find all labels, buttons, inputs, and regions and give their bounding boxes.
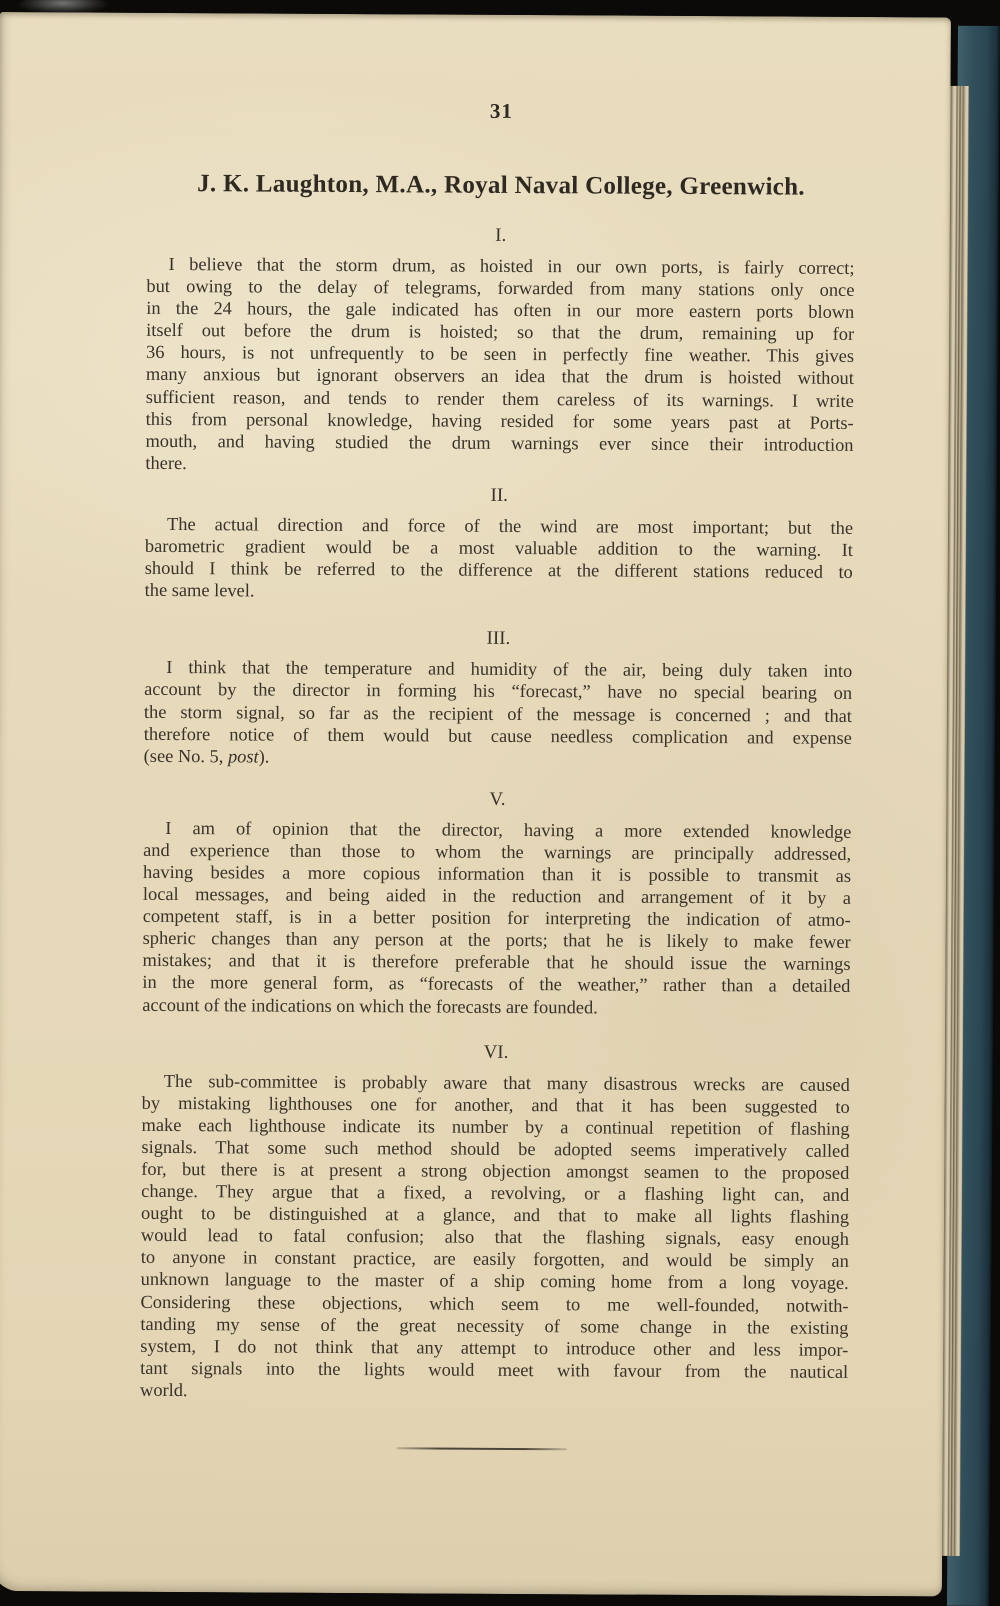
section-numeral: III. xyxy=(144,626,852,652)
section-numeral: II. xyxy=(145,483,853,509)
text-line: the same level. xyxy=(145,579,853,605)
section: III. I think that the temperature and hu… xyxy=(144,626,853,771)
section-paragraph: I think that the temperature and humidit… xyxy=(144,656,853,771)
section-paragraph: I believe that the storm drum, as hoiste… xyxy=(145,253,854,478)
section-numeral: I. xyxy=(147,223,855,249)
section: II. The actual direction and force of th… xyxy=(145,483,854,605)
section: VI. The sub-committee is probably aware … xyxy=(140,1039,850,1404)
page-number: 31 xyxy=(147,97,855,125)
text-line: (see No. 5, post). xyxy=(144,745,852,771)
section-paragraph: The actual direction and force of the wi… xyxy=(145,513,853,605)
footer-rule xyxy=(397,1447,567,1450)
text-line: mouth, and having studied the drum warni… xyxy=(145,430,853,456)
section-numeral: VI. xyxy=(142,1039,850,1065)
text-line: tant signals into the lights would meet … xyxy=(140,1357,848,1383)
page-title: J. K. Laughton, M.A., Royal Naval Colleg… xyxy=(147,169,855,203)
scanned-page: 31 J. K. Laughton, M.A., Royal Naval Col… xyxy=(0,12,951,1596)
text-block: 31 J. K. Laughton, M.A., Royal Naval Col… xyxy=(0,12,951,1596)
sections: I. I believe that the storm drum, as hoi… xyxy=(140,223,855,1405)
text-line: world. xyxy=(140,1379,848,1405)
section: V. I am of opinion that the director, ha… xyxy=(142,787,851,1020)
section-numeral: V. xyxy=(143,787,851,813)
section-paragraph: The sub-committee is probably aware that… xyxy=(140,1069,850,1404)
section: I. I believe that the storm drum, as hoi… xyxy=(145,223,854,478)
section-paragraph: I am of opinion that the director, havin… xyxy=(142,817,851,1020)
text-line: account of the indications on which the … xyxy=(142,993,850,1019)
text-line: there. xyxy=(145,452,853,478)
